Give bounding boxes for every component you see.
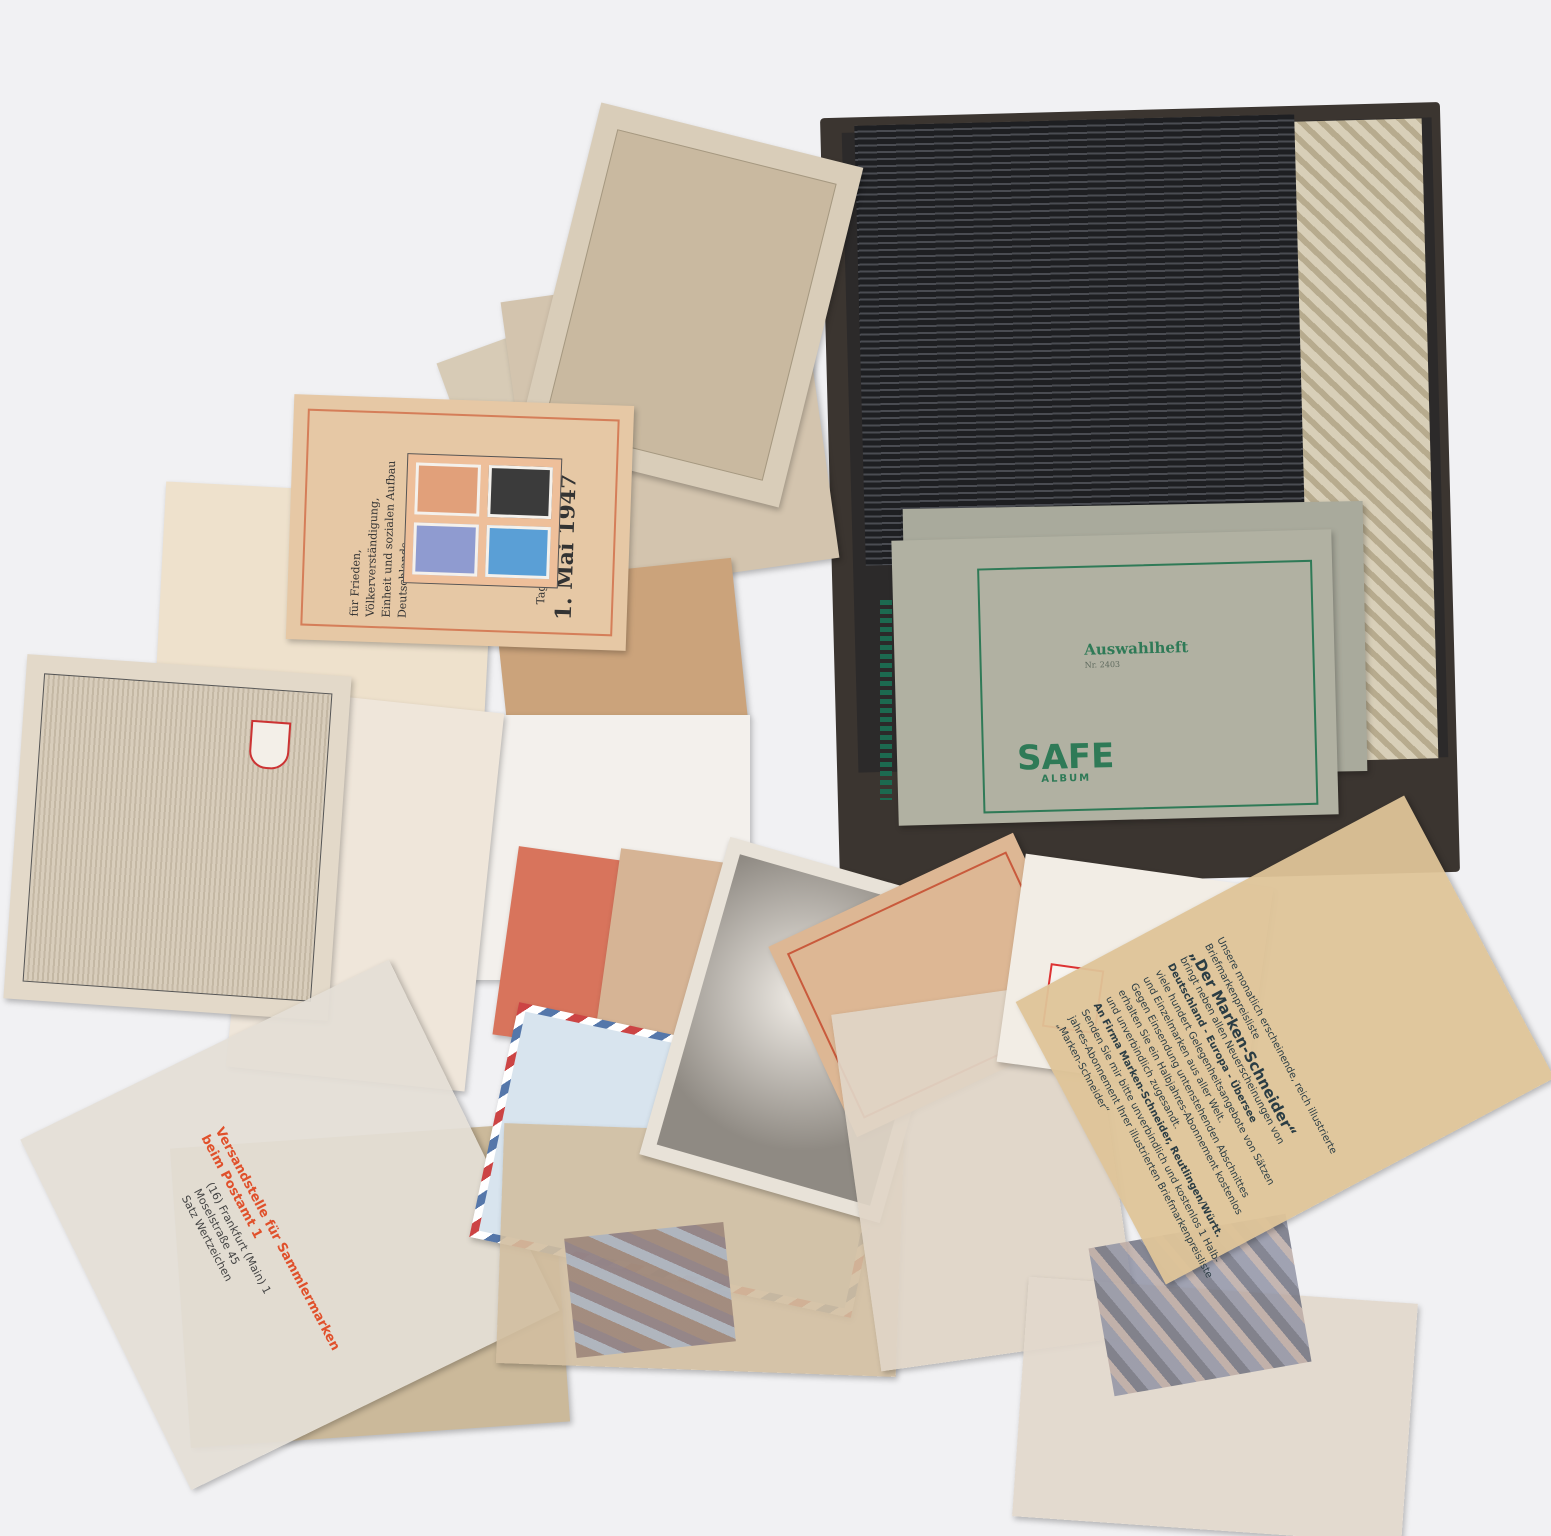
stamp	[485, 525, 551, 579]
stock-booklet: Auswahlheft Nr. 2403 SAFE ALBUM	[891, 529, 1338, 825]
stamp	[412, 522, 478, 576]
stamp	[414, 462, 480, 516]
stamp	[487, 465, 553, 519]
loose-stamps	[564, 1222, 736, 1358]
stock-cards	[854, 114, 1305, 565]
frankfurt-eagle-crest	[248, 720, 291, 771]
safe-brand: SAFE	[1017, 736, 1115, 779]
postcard-church-etching	[3, 654, 351, 1021]
safe-logo: SAFE ALBUM	[1017, 740, 1115, 787]
booklet-title: Auswahlheft	[1084, 638, 1188, 659]
spiral-binding	[880, 600, 892, 800]
stamp-block	[403, 453, 562, 588]
booklet-number: Nr. 2403	[1085, 660, 1121, 670]
commemorative-card: 1. Mai 1947 Tag des Bekenntnisses für Fr…	[286, 394, 634, 651]
